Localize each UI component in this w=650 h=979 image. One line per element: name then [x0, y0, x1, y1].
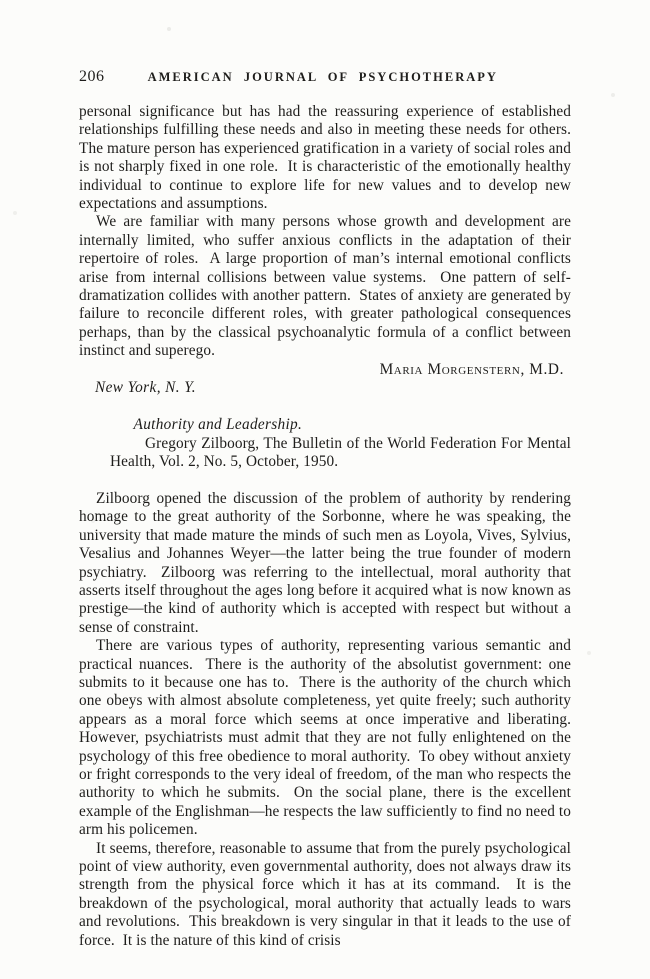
author-signature: Maria Morgenstern, M.D. — [79, 361, 571, 379]
page-content: 206 AMERICAN JOURNAL OF PSYCHOTHERAPY pe… — [79, 68, 571, 950]
review-citation: Gregory Zilboorg, The Bulletin of the Wo… — [110, 435, 575, 470]
author-location: New York, N. Y. — [79, 379, 571, 398]
running-header: 206 AMERICAN JOURNAL OF PSYCHOTHERAPY — [79, 68, 571, 86]
journal-page-scan: 206 AMERICAN JOURNAL OF PSYCHOTHERAPY pe… — [0, 0, 650, 979]
review-title-italic: Authority and Leadership. — [134, 416, 303, 433]
review-heading: Authority and Leadership. Gregory Zilboo… — [79, 398, 571, 490]
review-paragraph: Zilboorg opened the discussion of the pr… — [79, 490, 571, 637]
page-number: 206 — [79, 68, 105, 86]
article-paragraph-continuation: personal significance but has had the re… — [79, 103, 571, 213]
scan-noise-speckles — [0, 0, 2, 2]
review-paragraph: There are various types of authority, re… — [79, 637, 571, 839]
article-paragraph: We are familiar with many persons whose … — [79, 213, 571, 360]
review-paragraph: It seems, therefore, reasonable to assum… — [79, 840, 571, 950]
journal-header-title: AMERICAN JOURNAL OF PSYCHOTHERAPY — [105, 70, 572, 85]
